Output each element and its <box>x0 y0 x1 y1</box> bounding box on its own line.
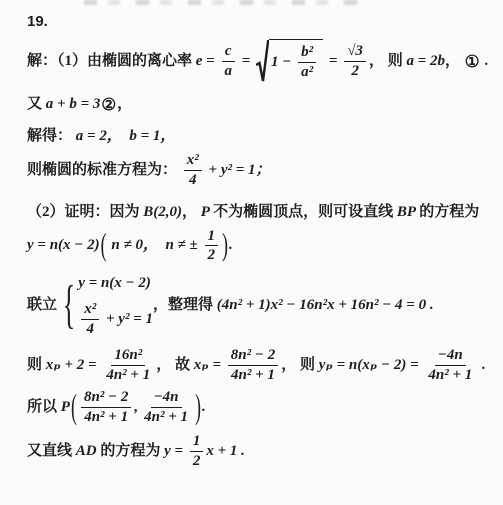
period: . <box>202 397 206 418</box>
comma: ， <box>182 202 201 223</box>
text-equation-of: 的方程为 <box>419 202 479 223</box>
fraction-denominator: 2 <box>190 452 204 470</box>
circled-one-label: ① <box>464 51 481 72</box>
comma: ， <box>445 51 464 72</box>
fraction-c-over-a: c a <box>221 43 235 80</box>
comma: , <box>134 397 138 418</box>
equals-sign: = <box>325 51 341 72</box>
radicand-lead: 1 − <box>271 52 295 73</box>
text-then: ， 则 <box>369 51 407 72</box>
line-bp-equation: y = n(x − 2) ( n ≠ 0， n ≠ ± 1 2 ) . <box>27 228 233 265</box>
equation-system: y = n(x − 2) x² 4 + y² = 1 <box>78 273 153 338</box>
fraction-numerator: 1 <box>190 433 204 452</box>
math-line-bp: BP <box>397 202 419 223</box>
fraction-denominator: 4n² + 1 <box>81 408 131 426</box>
math-y-eq-n: y = n(x − 2) <box>27 235 100 256</box>
fraction-denominator: 4n² + 1 <box>141 408 191 426</box>
period: . <box>481 51 489 72</box>
text-then: 则 <box>27 355 46 376</box>
fraction-8n2-minus-2: 8n² − 2 4n² + 1 <box>81 389 131 426</box>
system-brace: { <box>63 283 75 326</box>
math-plus-y2: + y² = 1 <box>102 309 153 330</box>
line-solution-ab: 解得： a = 2， b = 1， <box>27 126 175 147</box>
fraction-numerator: x² <box>81 301 99 320</box>
math-yp-equals: yₚ = n(xₚ − 2) = <box>319 355 423 376</box>
open-paren: ( <box>70 387 78 428</box>
text-also-line: 又直线 <box>27 441 76 462</box>
fraction-denominator: a <box>221 62 235 80</box>
square-root: 1 − b² a² <box>256 39 323 83</box>
fraction-denominator: 4 <box>84 320 98 338</box>
fraction-denominator: 4n² + 1 <box>228 366 278 384</box>
fraction-numerator: x² <box>184 152 202 171</box>
fraction-neg-4n: −4n 4n² + 1 <box>425 347 475 384</box>
math-p: P <box>61 397 70 418</box>
text-standard-eq: 则椭圆的标准方程为： <box>27 160 181 181</box>
text-so: ， 故 <box>156 355 194 376</box>
fraction-8n2-minus-2: 8n² − 2 4n² + 1 <box>228 347 278 384</box>
open-paren: ( <box>100 227 108 264</box>
period: . <box>229 235 233 256</box>
line-a-plus-b: 又 a + b = 3 ② ， <box>27 94 132 115</box>
line-system: 联立 { y = n(x − 2) x² 4 + y² = 1 ，整理得 (4n… <box>27 273 434 338</box>
fraction-denominator: 4n² + 1 <box>425 366 475 384</box>
line-point-p: 所以 P ( 8n² − 2 4n² + 1 , −4n 4n² + 1 ) . <box>27 389 206 426</box>
problem-number: 19. <box>27 12 48 32</box>
solution-document: 19. 解：（1）由椭圆的离心率 e = c a = 1 − b² a² = √… <box>0 0 503 505</box>
fraction-numerator: 8n² − 2 <box>228 347 278 366</box>
text-equation-is: 的方程为 <box>100 441 164 462</box>
math-quadratic: (4n² + 1)x² − 16n²x + 16n² − 4 = 0 . <box>217 295 434 316</box>
period: . <box>478 355 486 376</box>
fraction-numerator: −4n <box>151 389 182 408</box>
math-condition: n ≠ 0， n ≠ ± <box>108 235 202 256</box>
close-paren: ) <box>221 227 229 264</box>
math-a2-b1: a = 2， b = 1， <box>76 126 176 147</box>
math-point-p: P <box>201 202 213 223</box>
fraction-denominator: a² <box>298 63 316 81</box>
fraction-denominator: 2 <box>205 246 219 264</box>
system-row-2: x² 4 + y² = 1 <box>78 301 153 338</box>
math-xp-plus-2: xₚ + 2 = <box>46 355 101 376</box>
fraction-numerator: 1 <box>205 228 219 247</box>
math-plus-y2: + y² = 1； <box>205 160 271 181</box>
close-paren: ) <box>194 387 202 428</box>
cropped-text-artifact <box>84 0 364 5</box>
line-ad-equation: 又直线 AD 的方程为 y = 1 2 x + 1 . <box>27 433 245 470</box>
system-row-1: y = n(x − 2) <box>78 273 151 294</box>
fraction-denominator: 2 <box>348 62 362 80</box>
text-then: ， 则 <box>281 355 319 376</box>
math-x-plus-1: x + 1 . <box>206 441 245 462</box>
fraction-numerator: √3 <box>344 43 366 62</box>
fraction-numerator: 8n² − 2 <box>81 389 131 408</box>
fraction-numerator: −4n <box>435 347 466 366</box>
fraction-x2-over-4: x² 4 <box>184 152 202 189</box>
equals-sign: = <box>238 51 254 72</box>
text-simplify: ，整理得 <box>153 295 217 316</box>
fraction-1-over-2: 1 2 <box>190 433 204 470</box>
fraction-denominator: 4 <box>186 171 200 189</box>
math-a-equals-2b: a = 2b <box>406 51 445 72</box>
fraction-1-over-2: 1 2 <box>205 228 219 265</box>
text-combine: 联立 <box>27 295 61 316</box>
math-a-plus-b: a + b = 3 <box>46 94 101 115</box>
text-also: 又 <box>27 94 46 115</box>
math-e-equals: e = <box>196 51 219 72</box>
math-ad: AD <box>76 441 101 462</box>
radical-sign-icon <box>256 39 269 83</box>
fraction-numerator: 16n² <box>111 347 145 366</box>
line-eccentricity: 解：（1）由椭圆的离心率 e = c a = 1 − b² a² = √3 2 … <box>27 39 488 83</box>
line-xp-yp: 则 xₚ + 2 = 16n² 4n² + 1 ， 故 xₚ = 8n² − 2… <box>27 347 486 384</box>
fraction-sqrt3-over-2: √3 2 <box>344 43 366 80</box>
fraction-b2-over-a2: b² a² <box>298 44 316 81</box>
text-solved: 解得： <box>27 126 76 147</box>
fraction-numerator: c <box>222 43 235 62</box>
line-standard-equation: 则椭圆的标准方程为： x² 4 + y² = 1； <box>27 152 271 189</box>
math-point-b: B(2,0) <box>143 202 182 223</box>
fraction-x2-over-4: x² 4 <box>81 301 99 338</box>
circled-two-label: ② <box>100 94 117 115</box>
fraction-numerator: b² <box>298 44 316 63</box>
text-proof: （2）证明：因为 <box>27 202 143 223</box>
text-not-vertex: 不为椭圆顶点，则可设直线 <box>213 202 397 223</box>
text-lead: 解：（1）由椭圆的离心率 <box>27 51 196 72</box>
math-xp-equals: xₚ = <box>194 355 225 376</box>
fraction-16n2: 16n² 4n² + 1 <box>103 347 153 384</box>
fraction-denominator: 4n² + 1 <box>103 366 153 384</box>
radicand: 1 − b² a² <box>269 39 323 83</box>
text-therefore: 所以 <box>27 397 61 418</box>
comma: ， <box>117 94 132 115</box>
fraction-neg-4n: −4n 4n² + 1 <box>141 389 191 426</box>
line-part2-setup: （2）证明：因为 B(2,0) ， P 不为椭圆顶点，则可设直线 BP 的方程为 <box>27 202 479 223</box>
math-y-equals: y = <box>164 441 187 462</box>
